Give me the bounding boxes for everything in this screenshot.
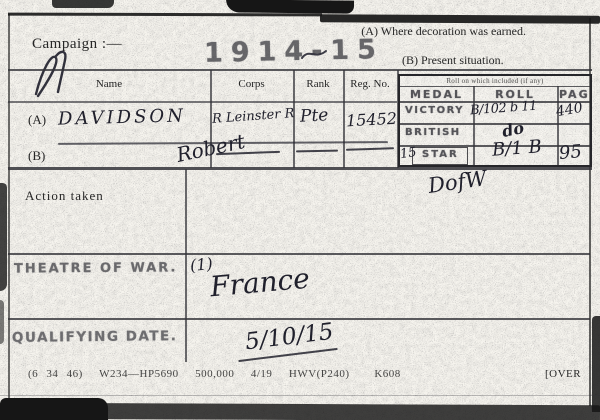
rule-header-top bbox=[8, 69, 592, 71]
rule-qualifying-top bbox=[8, 318, 590, 320]
card-bottom-edge-line bbox=[0, 395, 600, 396]
medal-table-col-medal: MEDAL bbox=[400, 88, 473, 101]
medal-name-star: STAR bbox=[422, 149, 459, 160]
medal-index-card: Campaign :— 1914-15 (A) Where decoration… bbox=[0, 0, 600, 420]
card-top-border-left bbox=[8, 13, 322, 17]
medal-roll-table: Roll on which included (if any) MEDAL RO… bbox=[398, 74, 592, 167]
rank-value: Pte bbox=[299, 105, 328, 126]
remark-dofw: DofW bbox=[427, 166, 489, 198]
theatre-value: France bbox=[209, 262, 311, 304]
roll-value-victory: B/102 b 11 bbox=[470, 99, 538, 119]
card-top-border-right bbox=[320, 14, 600, 23]
campaign-pen-mark bbox=[22, 48, 84, 98]
roll-value-star: B/1 B bbox=[491, 136, 542, 160]
action-taken-label: Action taken bbox=[25, 188, 104, 204]
card-left-border bbox=[8, 14, 10, 400]
reg-no-value: 15452 bbox=[346, 109, 398, 131]
note-a: (A) Where decoration was earned. bbox=[330, 24, 526, 39]
medal-prefix-15: 15 bbox=[399, 145, 417, 162]
scan-smudge-right-edge bbox=[592, 316, 600, 412]
note-b-pen-mark bbox=[300, 46, 330, 64]
surname-value: DAVIDSON bbox=[58, 105, 186, 129]
medal-table-header: Roll on which included (if any) bbox=[400, 77, 590, 85]
col-header-rank: Rank bbox=[293, 78, 343, 90]
row-a-label: (A) bbox=[28, 112, 46, 128]
col-header-corps: Corps bbox=[210, 78, 293, 90]
rule-colheader-bottom bbox=[8, 101, 397, 103]
over-label: [OVER bbox=[545, 368, 581, 380]
theatre-of-war-label: THEATRE OF WAR. bbox=[14, 260, 178, 276]
medal-name-british: BRITISH bbox=[405, 127, 461, 138]
scan-smudge-top-left bbox=[52, 0, 114, 8]
col-header-reg-no: Reg. No. bbox=[343, 78, 397, 90]
row-b-dash-regno bbox=[346, 147, 394, 151]
scan-smudge-left-edge bbox=[0, 183, 7, 291]
lower-section-divider bbox=[185, 169, 187, 362]
page-value-star: 95 bbox=[558, 141, 583, 164]
medal-table-header-rule bbox=[400, 86, 590, 87]
corps-value: R Leinster R bbox=[212, 106, 295, 127]
medal-table-col-roll: ROLL bbox=[473, 88, 557, 101]
col-header-name: Name bbox=[8, 78, 210, 90]
row-b-dash-rank bbox=[296, 150, 338, 153]
campaign-stamp: 1914-15 bbox=[204, 34, 385, 69]
rule-middle-heavy bbox=[8, 167, 592, 170]
rule-theatre-top bbox=[8, 253, 590, 255]
row-b-label: (B) bbox=[28, 148, 45, 164]
printer-imprint: (6 34 46) W234—HP5690 500,000 4/19 HWV(P… bbox=[28, 368, 401, 380]
note-b: (B) Present situation. bbox=[402, 53, 504, 68]
page-value-victory: 440 bbox=[555, 100, 584, 120]
scan-smudge-top-center bbox=[226, 0, 354, 14]
scan-smudge-left-low bbox=[0, 300, 4, 344]
medal-table-col-page: PAGE bbox=[559, 88, 592, 101]
medal-table-row-rule-1 bbox=[400, 123, 590, 125]
qualifying-date-label: QUALIFYING DATE. bbox=[12, 328, 178, 346]
medal-name-victory: VICTORY bbox=[405, 105, 464, 116]
scan-blob-bottom-left bbox=[0, 398, 108, 420]
